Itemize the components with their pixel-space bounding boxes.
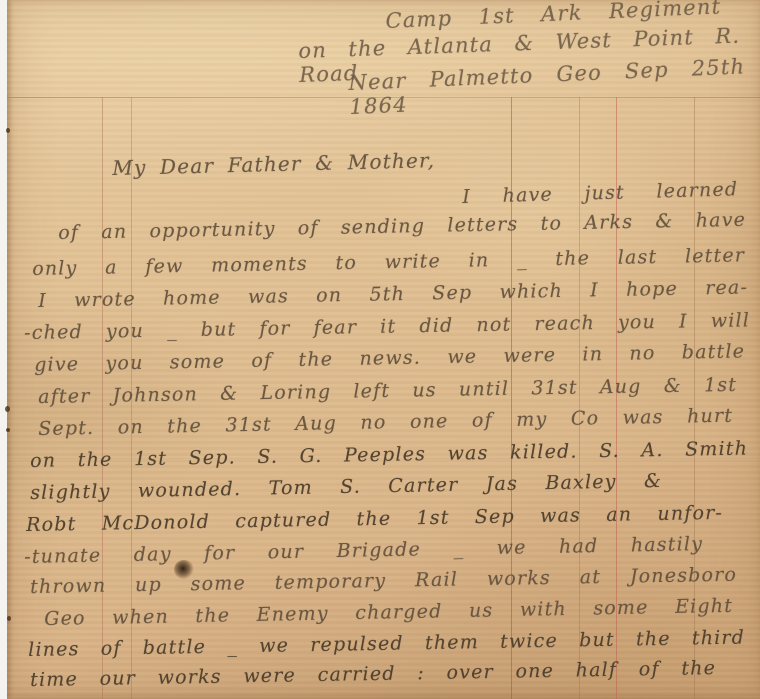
paper-edge-speck [5, 406, 10, 412]
paper-edge-speck [6, 428, 10, 432]
scanned-letter-document: Camp 1st Ark Regiment on the Atlanta & W… [0, 0, 760, 699]
paper-edge-speck [6, 128, 10, 133]
letter-page: Camp 1st Ark Regiment on the Atlanta & W… [7, 0, 760, 699]
paper-edge-speck [7, 616, 11, 621]
